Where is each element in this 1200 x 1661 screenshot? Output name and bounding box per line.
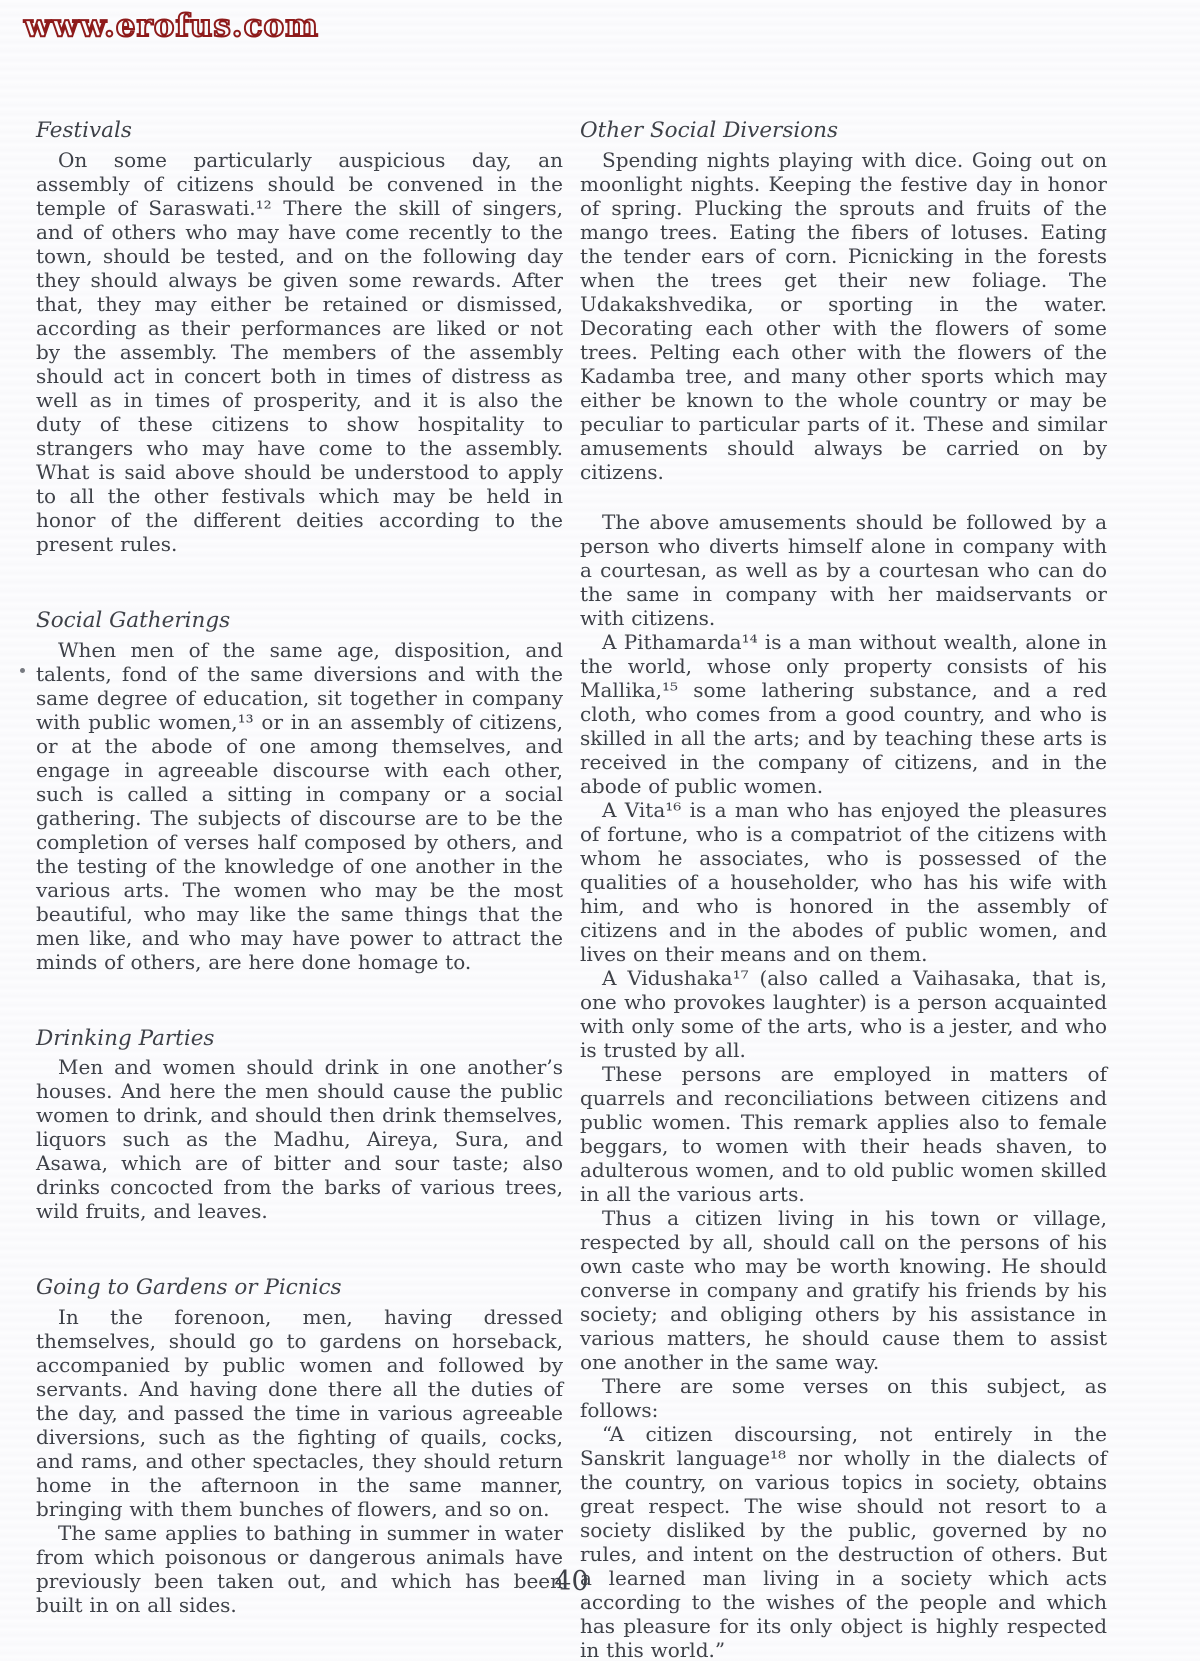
paragraph: On some particularly auspicious day, an … <box>36 148 563 556</box>
section-heading-other-social-diversions: Other Social Diversions <box>580 118 1107 144</box>
paragraph: These persons are employed in matters of… <box>580 1062 1107 1206</box>
watermark-text: www.erofus.com <box>24 8 319 44</box>
paragraph: Spending nights playing with dice. Going… <box>580 148 1107 484</box>
right-column: Other Social Diversions Spending nights … <box>580 118 1107 1661</box>
paragraph: “A citizen discoursing, not entirely in … <box>580 1422 1107 1661</box>
paragraph: When men of the same age, disposition, a… <box>36 638 563 974</box>
paragraph: There are some verses on this subject, a… <box>580 1374 1107 1422</box>
paragraph: In the forenoon, men, having dressed the… <box>36 1305 563 1521</box>
paragraph: Thus a citizen living in his town or vil… <box>580 1206 1107 1374</box>
section-heading-going-to-gardens: Going to Gardens or Picnics <box>36 1275 563 1301</box>
paragraph: The above amusements should be followed … <box>580 510 1107 630</box>
section-other-social-diversions: Other Social Diversions Spending nights … <box>580 118 1107 1661</box>
paragraph: Men and women should drink in one anothe… <box>36 1055 563 1223</box>
paragraph: A Vita¹⁶ is a man who has enjoyed the pl… <box>580 798 1107 966</box>
section-heading-drinking-parties: Drinking Parties <box>36 1026 563 1052</box>
section-heading-social-gatherings: Social Gatherings <box>36 608 563 634</box>
paragraph: A Vidushaka¹⁷ (also called a Vaihasaka, … <box>580 966 1107 1062</box>
section-drinking-parties: Drinking Parties Men and women should dr… <box>36 1026 563 1224</box>
left-column: Festivals On some particularly auspiciou… <box>36 118 563 1661</box>
paragraph: A Pithamarda¹⁴ is a man without wealth, … <box>580 630 1107 798</box>
section-heading-festivals: Festivals <box>36 118 563 144</box>
page-number: 40 <box>36 1566 1107 1597</box>
section-social-gatherings: Social Gatherings When men of the same a… <box>36 608 563 974</box>
page-content: Festivals On some particularly auspiciou… <box>36 118 1107 1661</box>
section-festivals: Festivals On some particularly auspiciou… <box>36 118 563 556</box>
book-page: www.erofus.com Festivals On some particu… <box>0 0 1200 1661</box>
scan-artifact-dot <box>20 668 25 673</box>
